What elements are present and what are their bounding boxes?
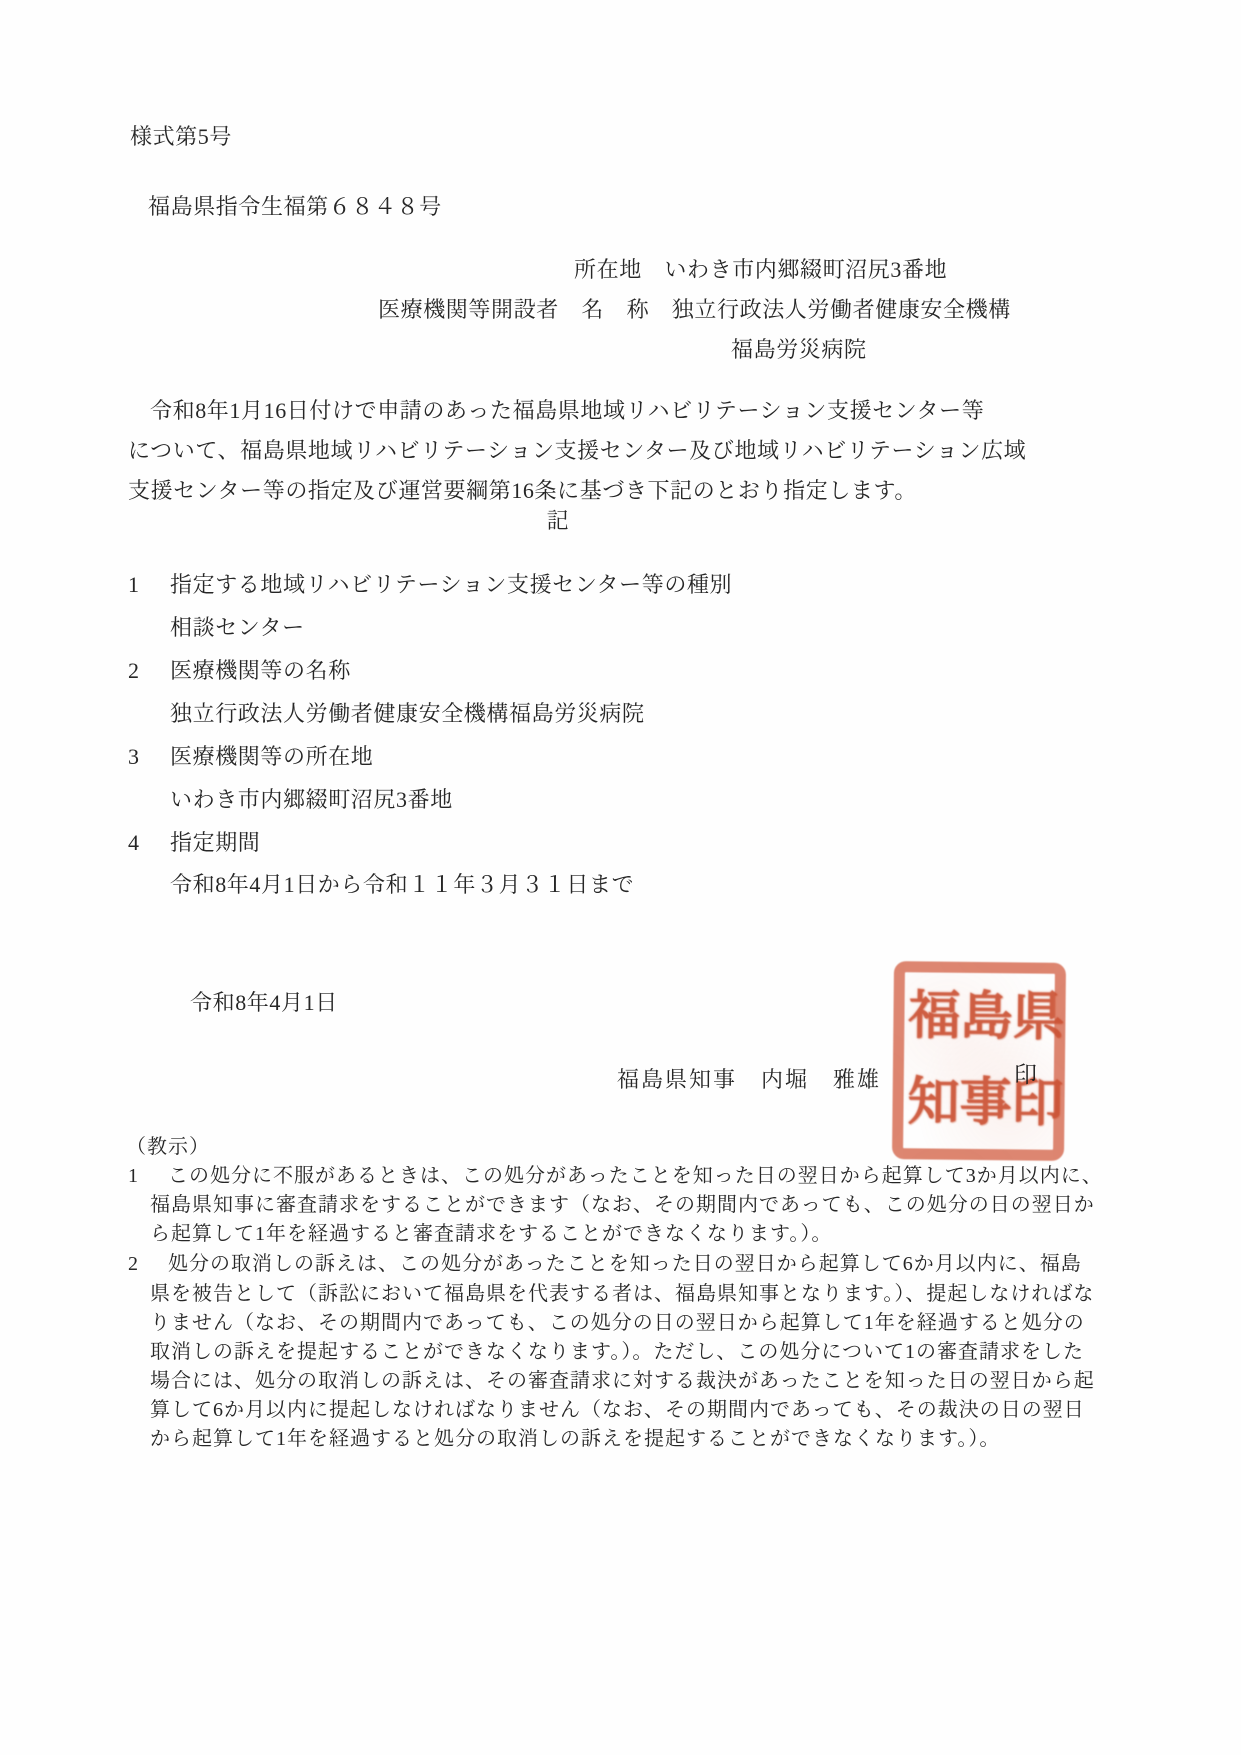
governor-seal-stamp: 福 島 県 知 事 印 bbox=[892, 961, 1066, 1161]
notice-item-1-line-3: ら起算して1年を経過すると審査請求をすることができなくなります。）。 bbox=[150, 1221, 832, 1247]
seal-char: 県 bbox=[1012, 990, 1065, 1048]
seal-char: 島 bbox=[960, 989, 1013, 1047]
notice-item-2-line-2: 県を被告として（訴訟において福島県を代表する者は、福島県知事となります。）、提起… bbox=[150, 1281, 1094, 1307]
item-1-value: 相談センター bbox=[170, 613, 305, 643]
record-marker: 記 bbox=[128, 506, 988, 536]
item-2-number: 2 bbox=[128, 656, 140, 686]
item-3-number: 3 bbox=[128, 742, 140, 772]
form-number: 様式第5号 bbox=[130, 122, 232, 152]
item-3-title: 医療機関等の所在地 bbox=[170, 742, 373, 772]
issuance-date: 令和8年4月1日 bbox=[190, 988, 338, 1018]
governor-signature: 福島県知事 内堀 雅雄 bbox=[617, 1065, 881, 1095]
notice-item-1-line-1: この処分に不服があるときは、この処分があったことを知った日の翌日から起算して3か… bbox=[168, 1163, 1103, 1189]
notice-item-2-line-5: 場合には、処分の取消しの訴えは、その審査請求に対する裁決があったことを知った日の… bbox=[150, 1368, 1095, 1394]
seal-char: 事 bbox=[959, 1075, 1012, 1133]
notice-item-2-line-1: 処分の取消しの訴えは、この処分があったことを知った日の翌日から起算して6か月以内… bbox=[168, 1251, 1082, 1277]
notice-item-2-line-4: 取消しの訴えを提起することができなくなります。）。ただし、この処分について1の審… bbox=[150, 1339, 1084, 1365]
notice-heading: （教示） bbox=[126, 1134, 210, 1160]
notice-item-2-line-6: 算して6か月以内に提起しなければなりません（なお、その期間内であっても、その裁決… bbox=[150, 1397, 1085, 1423]
notice-item-1-number: 1 bbox=[128, 1163, 139, 1189]
addressee-location: 所在地 いわき市内郷綴町沼尻3番地 bbox=[574, 255, 947, 285]
item-1-title: 指定する地域リハビリテーション支援センター等の種別 bbox=[170, 570, 732, 600]
seal-char: 福 bbox=[908, 989, 961, 1047]
item-2-title: 医療機関等の名称 bbox=[170, 656, 351, 686]
item-4-number: 4 bbox=[128, 828, 140, 858]
item-4-title: 指定期間 bbox=[170, 828, 260, 858]
notice-item-2-number: 2 bbox=[128, 1251, 139, 1277]
item-3-value: いわき市内郷綴町沼尻3番地 bbox=[170, 785, 453, 815]
addressee-opener-name-2: 福島労災病院 bbox=[731, 335, 867, 365]
item-4-value: 令和8年4月1日から令和１１年３月３１日まで bbox=[170, 870, 634, 900]
body-paragraph-line-1: 令和8年1月16日付けで申請のあった福島県地域リハビリテーション支援センター等 bbox=[150, 396, 984, 426]
document-number: 福島県指令生福第６８４８号 bbox=[148, 192, 442, 222]
notice-item-2-line-7: から起算して1年を経過すると処分の取消しの訴えを提起することができなくなります。… bbox=[150, 1426, 1000, 1452]
item-1-number: 1 bbox=[128, 570, 140, 600]
seal-row-1: 福 島 県 bbox=[904, 989, 1055, 1048]
seal-placeholder-mark: 印 bbox=[1014, 1056, 1037, 1089]
notice-item-1-line-2: 福島県知事に審査請求をすることができます（なお、その期間内であっても、この処分の… bbox=[150, 1192, 1095, 1218]
scanned-official-document: 様式第5号 福島県指令生福第６８４８号 所在地 いわき市内郷綴町沼尻3番地 医療… bbox=[0, 0, 1241, 1755]
addressee-opener-name: 医療機関等開設者 名 称 独立行政法人労働者健康安全機構 bbox=[378, 295, 1011, 325]
notice-item-2-line-3: りません（なお、その期間内であっても、この処分の日の翌日から起算して1年を経過す… bbox=[150, 1310, 1085, 1336]
item-2-value: 独立行政法人労働者健康安全機構福島労災病院 bbox=[170, 699, 645, 729]
body-paragraph-line-2: について、福島県地域リハビリテーション支援センター及び地域リハビリテーション広域 bbox=[128, 436, 1026, 466]
seal-char: 知 bbox=[907, 1075, 960, 1133]
body-paragraph-line-3: 支援センター等の指定及び運営要綱第16条に基づき下記のとおり指定します。 bbox=[128, 476, 917, 506]
